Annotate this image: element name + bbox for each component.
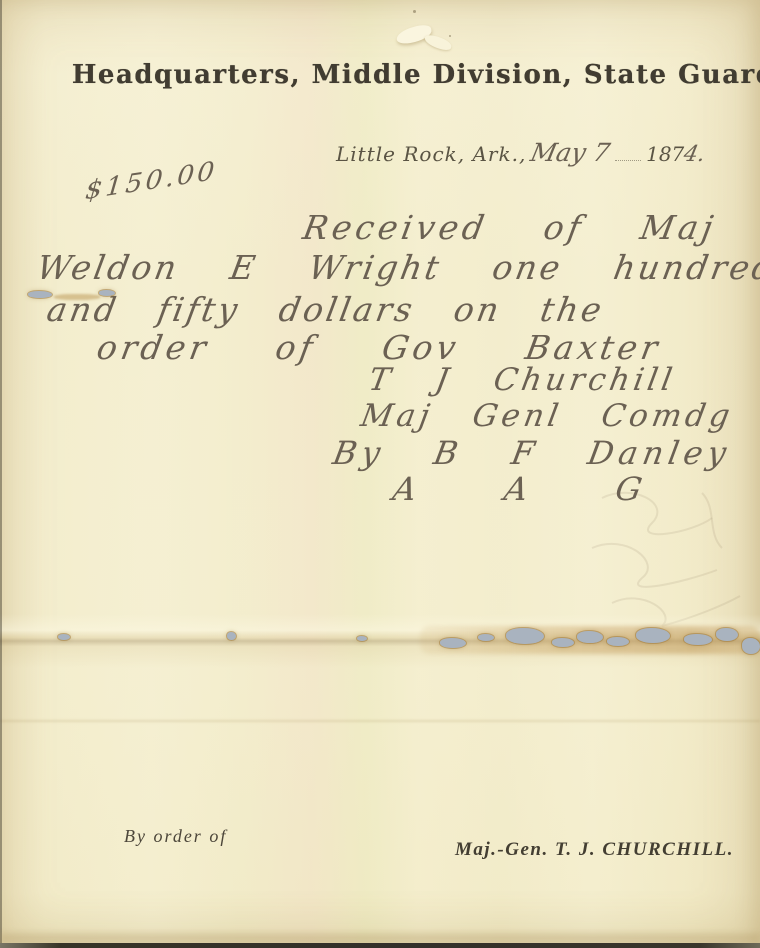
- paper-damage-patch: [28, 291, 52, 298]
- paper-speck: [413, 10, 416, 13]
- faint-crease: [0, 720, 760, 722]
- scan-edge-bottom: [0, 943, 760, 948]
- dateline-date-handwritten: May 7: [528, 138, 613, 167]
- paper-speck: [449, 35, 451, 37]
- fold-tear-hole: [607, 637, 629, 646]
- fold-tear-hole: [506, 628, 544, 644]
- scan-edge-bottom-shade: [0, 933, 760, 943]
- scanned-receipt-document: Headquarters, Middle Division, State Gua…: [0, 0, 760, 948]
- dateline-year-printed: 187: [646, 142, 684, 166]
- fold-tear-hole: [577, 631, 603, 643]
- handwritten-amount: $150.00: [84, 156, 219, 206]
- fold-tear-hole: [357, 636, 367, 641]
- scan-edge-left: [0, 0, 2, 948]
- handwritten-line-payer: Weldon E Wright one hundred: [34, 248, 760, 287]
- footer-officer-name: Maj.-Gen. T. J. CHURCHILL.: [455, 839, 734, 861]
- fold-tear-hole: [742, 638, 760, 654]
- letterhead-title: Headquarters, Middle Division, State Gua…: [72, 60, 760, 90]
- fold-tear-hole: [440, 638, 466, 648]
- signature-rank: Maj Genl Comdg: [358, 398, 736, 434]
- fold-tear-hole: [716, 628, 738, 641]
- fold-tear-hole: [684, 634, 712, 645]
- signature-by: By B F Danley: [330, 434, 734, 472]
- fold-tear-hole: [227, 632, 236, 640]
- dateline-place-printed: Little Rock, Ark.,: [336, 142, 526, 166]
- footer-by-order-of: By order of: [124, 826, 227, 847]
- dateline-blank-rule: [615, 142, 641, 161]
- signature-name: T J Churchill: [366, 362, 679, 398]
- fold-tear-hole: [58, 634, 70, 640]
- dateline-year-digit-handwritten: 4.: [682, 142, 708, 167]
- fold-tear-hole: [636, 628, 670, 643]
- fold-tear-hole: [478, 634, 494, 641]
- handwritten-line-amount-words: and fifty dollars on the: [44, 290, 607, 329]
- paper-damage-patch: [99, 290, 115, 296]
- fold-tear-hole: [552, 638, 574, 647]
- dateline: Little Rock, Ark., May 7 1874.: [336, 138, 705, 167]
- handwritten-line-received: Received of Maj: [300, 208, 720, 247]
- paper-damage-stain: [54, 294, 100, 300]
